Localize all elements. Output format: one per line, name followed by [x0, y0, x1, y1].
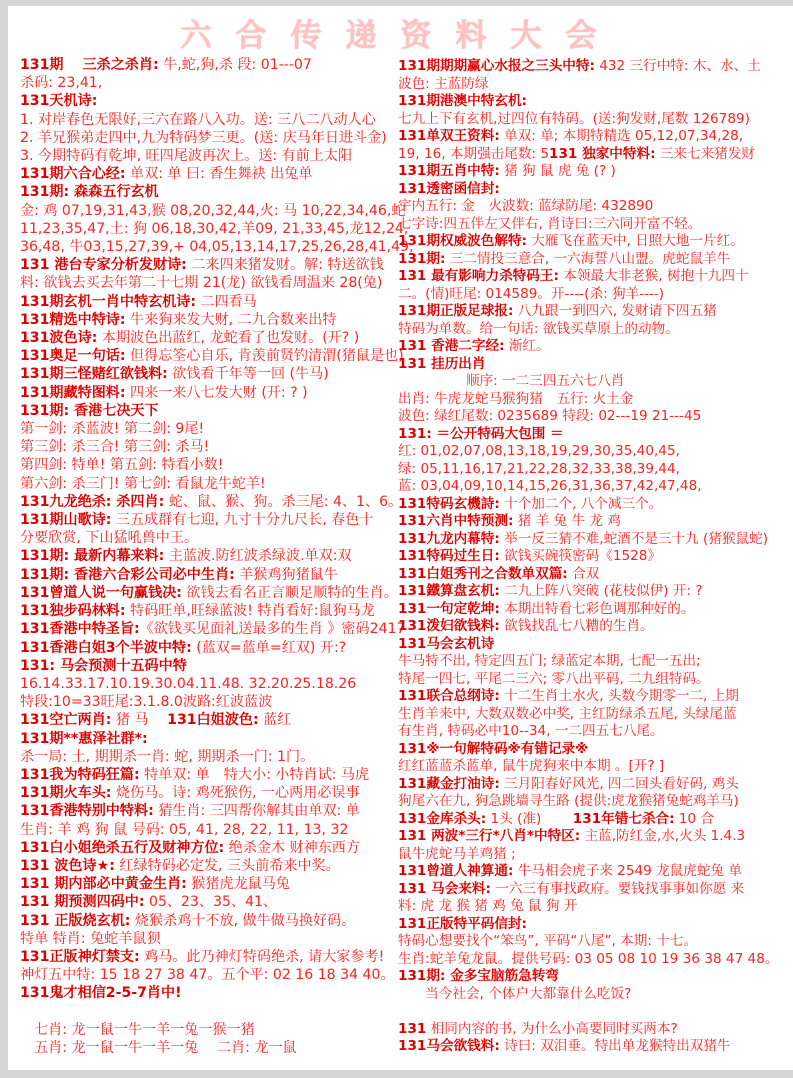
- entry-text: 生肖羊来中, 大数双数必中奖, 主红防绿杀五尾, 头绿尾蓝: [398, 706, 737, 722]
- entry-text: 蓝: 03,04,09,10,14,15,26,31,36,37,42,47,4…: [398, 478, 702, 494]
- text-line: 第四剑: 特单! 第五剑: 特看小数!: [20, 456, 396, 474]
- text-line: 杀码: 23,41,: [20, 74, 396, 92]
- text-line: 131期: 香港七决天下: [20, 402, 396, 420]
- entry-text: 本期出特看七彩色调那种好的。: [500, 601, 695, 617]
- entry-text: 猜生肖: 三四帮你解其由单双: 单: [154, 803, 360, 819]
- text-line: 131金库杀头: 1头 (准) 131年错七杀合: 10 合: [398, 811, 790, 829]
- entry-heading: 131期玄机一肖中特玄机诗:: [20, 294, 196, 310]
- entry-text: 欲钱看千年等一回 (牛马): [168, 366, 329, 382]
- text-line: 131藏金打油诗: 三月阳春好风光, 四二回头看好码, 鸡头: [398, 776, 790, 794]
- entry-text: 十二生肖土水火, 头数今期零一二, 上期: [500, 688, 739, 704]
- text-line: 131空亡两肖: 猪 马 131白姐波色: 蓝红: [20, 711, 396, 729]
- entry-heading: 131金库杀头:: [398, 811, 486, 827]
- entry-text: 蓝红: [259, 712, 292, 728]
- entry-text: 猪 羊 兔 牛 龙 鸡: [513, 513, 621, 529]
- text-line: 131期期期赢心水报之三头中特: 432 三行中特: 木、水、土: [398, 58, 790, 76]
- entry-text: 料: 欲钱去买去年第二十七期 21(龙) 欲钱看周温来 28(兔): [20, 275, 382, 291]
- text-line: 131: 马会预测十五码中特: [20, 657, 396, 675]
- entry-heading: 131期 三杀之杀肖:: [20, 57, 159, 73]
- text-line: 131 期预测四码中: 05、23、35、41、: [20, 893, 396, 911]
- text-line: 131正版神灯禁支: 鸡马。此乃神灯特码绝杀, 请大家参考!: [20, 948, 396, 966]
- entry-text: 鼠牛虎蛇马羊鸡猪 ;: [398, 846, 516, 862]
- entry-text: 烧猴杀鸡十不放, 做牛做马换好码。: [130, 913, 355, 929]
- text-line: 五肖: 龙一鼠一牛一羊一兔 二肖: 龙一鼠: [20, 1039, 396, 1057]
- text-line: 131香港特别中特料: 猜生肖: 三四帮你解其由单双: 单: [20, 802, 396, 820]
- text-line: 第三剑: 杀三合! 第三剑: 杀马!: [20, 438, 396, 456]
- entry-text: 金: 鸡 07,19,31,43,猴 08,20,32,44,火: 马 10,2…: [20, 203, 405, 219]
- entry-heading: 131 两波*三行*八肖*中特区:: [398, 828, 580, 844]
- entry-heading: 131我为特码狂篇:: [20, 767, 140, 783]
- entry-heading: 131 香港二字经:: [398, 338, 505, 354]
- entry-text: 单双: 单; 本期特精选 05,12,07,34,28,: [500, 128, 743, 144]
- text-line: 生肖: 羊 鸡 狗 鼠 号码: 05, 41, 28, 22, 11, 13, …: [20, 821, 396, 839]
- text-line: 131期: 金多宝脑筋急转弯: [398, 968, 790, 986]
- text-line: 131※一句解特码※有错记录※: [398, 741, 790, 759]
- text-line: 特尾一四七, 平尾二三六; 零八出平码, 二九组特码。: [398, 671, 790, 689]
- text-line: 当今社会, 个体户大都靠什么吃饭?: [398, 986, 790, 1004]
- entry-text: 顺序: 一二三四五六七八肖: [398, 373, 624, 389]
- text-line: 131期: 三二情投三意合, 一六海誓八山盟。虎蛇鼠羊牛: [398, 251, 790, 269]
- text-line: 131独步码林料: 特码旺单,旺绿蓝波! 特肖看好:鼠狗马龙: [20, 602, 396, 620]
- entry-text: 三二情投三意合, 一六海誓八山盟。虎蛇鼠羊牛: [445, 251, 730, 267]
- entry-text: 《欲钱买见面礼送最多的生肖 》密码2417: [140, 621, 406, 637]
- entry-text: 第四剑: 特单! 第五剑: 特看小数!: [20, 457, 223, 473]
- text-line: 七字诗:四五伴左又伴右, 肖诗曰:三六同开富不轻。: [398, 216, 790, 234]
- text-line: 19, 16, 本期强击尾数: 5131 独家中特料: 三来七来猪发财: [398, 146, 790, 164]
- entry-text: 10 合: [675, 811, 715, 827]
- text-line: 金: 鸡 07,19,31,43,猴 08,20,32,44,火: 马 10,2…: [20, 202, 396, 220]
- entry-text: 绝杀金木 财神东西方: [224, 840, 360, 856]
- entry-heading: 131空亡两肖:: [20, 712, 111, 728]
- entry-heading: 131白姐秀刊之合数单双篇:: [398, 566, 568, 582]
- entry-heading: 131鬼才相信2-5-7肖中!: [20, 985, 182, 1001]
- text-line: [20, 1003, 396, 1021]
- text-line: 131正版特平码信封:: [398, 916, 790, 934]
- entry-text: 特尾一四七, 平尾二三六; 零八出平码, 二九组特码。: [398, 671, 710, 687]
- entry-text: (蓝双=蓝单=红双) 开:?: [192, 640, 346, 656]
- entry-text: 合双: [568, 566, 600, 582]
- entry-text: 料: 虎 龙 猴 猪 鸡 兔 鼠 狗 开: [398, 898, 577, 914]
- entry-heading: 131特码玄機詩:: [398, 496, 500, 512]
- text-line: 二。(情)旺尾: 014589。开----(杀: 狗羊----): [398, 286, 790, 304]
- text-line: 狗尾六在九, 狗急跳墙寻生路 (提供:虎龙猴猪兔蛇鸡羊马): [398, 793, 790, 811]
- entry-text: 生肖: 羊 鸡 狗 鼠 号码: 05, 41, 28, 22, 11, 13, …: [20, 822, 348, 838]
- entry-text: 三五成群有七迎, 九寸十分九尺长, 春色十: [111, 512, 373, 528]
- entry-text: 牛,蛇,狗,杀 段: 01---07: [159, 57, 312, 73]
- entry-heading: 131九龙绝杀: 杀四肖:: [20, 494, 164, 510]
- text-line: 131我为特码狂篇: 特单双: 单 特大小: 小特肖试: 马虎: [20, 766, 396, 784]
- entry-text: 特码为单数。给一句话: 欲钱买草原上的动物。: [398, 321, 679, 337]
- text-line: 131联合总纲诗: 十二生肖土水火, 头数今期零一二, 上期: [398, 688, 790, 706]
- text-line: 1. 对岸春色无限好,三六在路八入功。送: 三八二八动人心: [20, 111, 396, 129]
- entry-heading: 131正版特平码信封:: [398, 916, 527, 932]
- text-line: 131泼妇欲钱料: 欲钱找乱七八糟的生肖。: [398, 618, 790, 636]
- text-line: 特段:10=33旺尾:3.1.8.0波路:红波蓝波: [20, 693, 396, 711]
- entry-text: 大雁飞在蓝天中, 日照大地一片红。: [527, 233, 744, 249]
- text-line: 36,48, 牛03,15,27,39,+ 04,05,13,14,17,25,…: [20, 238, 396, 256]
- text-line: 生肖:蛇羊兔龙鼠。提供号码: 03 05 08 10 19 36 38 47 4…: [398, 951, 790, 969]
- entry-text: 特单 特肖: 兔蛇羊鼠狈: [20, 931, 161, 947]
- text-line: 特码为单数。给一句话: 欲钱买草原上的动物。: [398, 321, 790, 339]
- text-line: 131曾道人神算通: 牛马相会虎子来 2549 龙鼠虎蛇兔 单: [398, 863, 790, 881]
- entry-heading: 131联合总纲诗:: [398, 688, 500, 704]
- entry-text: 鸡马。此乃神灯特码绝杀, 请大家参考!: [140, 949, 385, 965]
- text-line: 绿: 05,11,16,17,21,22,28,32,33,38,39,44,: [398, 461, 790, 479]
- entry-text: 第一剑: 杀蓝波! 第二剑: 9尾!: [20, 421, 204, 437]
- entry-text: 1头 (准): [486, 811, 573, 827]
- text-line: 131九龙内幕特: 举一反三猜不难,蛇酒不是三十九 (猪猴鼠蛇): [398, 531, 790, 549]
- text-line: 131九龙绝杀: 杀四肖: 蛇、鼠、猴、狗。杀三尾: 4、1、6。: [20, 493, 396, 511]
- entry-heading: 131白姐波色:: [167, 712, 258, 728]
- entry-text: 红红蓝蓝杀蓝单, 鼠牛虎狗来中本期 。[开? ]: [398, 758, 664, 774]
- text-line: 131期: 森森五行玄机: [20, 183, 396, 201]
- text-line: 131期火车头: 烧伤马。诗: 鸡死猴伤, 一心两用必误事: [20, 784, 396, 802]
- entry-text: 二来四来猪发财。解: 特送欲钱: [187, 257, 384, 273]
- text-line: 131天机诗:: [20, 92, 396, 110]
- entry-text: 主蓝,防红金,水,火头 1.4.3: [580, 828, 745, 844]
- entry-text: 但得忘筌心自乐, 肯羡前贤钓清渭(猪鼠是也): [126, 348, 404, 364]
- entry-text: 四来一来八七发大财 (开: ? ): [126, 385, 308, 401]
- entry-text: 单双: 单 曰: 香生舞袂 出兔单: [126, 166, 313, 182]
- entry-heading: 131期: 香港七决天下: [20, 403, 159, 419]
- entry-text: 生肖:蛇羊兔龙鼠。提供号码: 03 05 08 10 19 36 38 47 4…: [398, 951, 778, 967]
- entry-text: 绿: 05,11,16,17,21,22,28,32,33,38,39,44,: [398, 461, 680, 477]
- paper-sheet: 六合传递资料大会 131期 三杀之杀肖: 牛,蛇,狗,杀 段: 01---07杀…: [8, 6, 793, 1070]
- entry-heading: 131期**惠泽社群*:: [20, 731, 148, 747]
- entry-text: 第三剑: 杀三合! 第三剑: 杀马!: [20, 439, 209, 455]
- entry-text: 狗尾六在九, 狗急跳墙寻生路 (提供:虎龙猴猪兔蛇鸡羊马): [398, 793, 739, 809]
- text-line: 131 期内部必中黄金生肖: 猴猪虎龙鼠马兔: [20, 875, 396, 893]
- entry-heading: 131九龙内幕特:: [398, 531, 500, 547]
- text-line: 131期港澳中特玄机:: [398, 93, 790, 111]
- entry-text: 432 三行中特: 木、水、土: [595, 58, 761, 74]
- entry-text: 特码心想要找个“笨鸟”, 平码“八尾”, 本期: 十七。: [398, 933, 697, 949]
- entry-text: 七九上下有玄机,过四位有特码。(送:狗发财,尾数 126789): [398, 111, 750, 127]
- entry-text: 猪 狗 鼠 虎 兔 (? ): [500, 163, 616, 179]
- entry-text: 第六剑: 杀三门! 第七剑: 看鼠龙牛蛇羊!: [20, 476, 266, 492]
- entry-text: 分要欣赏, 下山猛吼兽中王。: [20, 530, 198, 546]
- text-line: 131白小姐绝杀五行及财神方位: 绝杀金木 财神东西方: [20, 839, 396, 857]
- lottery-tip-sheet: { "title": "六合传递资料大会", "issue": "131期", …: [0, 0, 793, 1078]
- text-line: 2. 羊兄猴弟走四中,九为特码梦三更。(送: 庆马年日进斗金): [20, 129, 396, 147]
- entry-heading: 131泼妇欲钱料:: [398, 618, 500, 634]
- entry-heading: 131期: 香港六合彩公司必中生肖:: [20, 567, 235, 583]
- entry-text: 本期波色出蓝红, 龙蛇看了也发财。(开? ): [97, 330, 359, 346]
- entry-text: 波色: 绿红尾数: 0235689 特段: 02---19 21---45: [398, 408, 701, 424]
- text-line: 131单双王资料: 单双: 单; 本期特精选 05,12,07,34,28,: [398, 128, 790, 146]
- entry-text: 16.14.33.17.10.19.30.04.11.48. 32.20.25.…: [20, 676, 356, 692]
- text-line: 131期**惠泽社群*:: [20, 730, 396, 748]
- text-line: 131特码玄機詩: 十个加二个, 八个减三个。: [398, 496, 790, 514]
- text-line: 第一剑: 杀蓝波! 第二剑: 9尾!: [20, 420, 396, 438]
- entry-text: 猴猪虎龙鼠马兔: [187, 876, 290, 892]
- entry-heading: 131期三怪赌红欲钱料:: [20, 366, 168, 382]
- text-line: [398, 1003, 790, 1021]
- entry-heading: 131: ＝公开特码大包围 ＝: [398, 426, 564, 442]
- entry-heading: 131六肖中特预测:: [398, 513, 513, 529]
- text-line: 131特码过生日: 欲钱买碗筷密码《1528》: [398, 548, 790, 566]
- text-line: 131 相同内容的书, 为什么小高要同时买两本?: [398, 1021, 790, 1039]
- entry-heading: 131 最有影响力杀特码王:: [398, 268, 559, 284]
- entry-text: 1. 对岸春色无限好,三六在路八入功。送: 三八二八动人心: [20, 112, 376, 128]
- text-line: 131期三怪赌红欲钱料: 欲钱看千年等一回 (牛马): [20, 365, 396, 383]
- text-line: 牛马特不出, 特定四五门; 绿蓝定本期, 七配一五出;: [398, 653, 790, 671]
- text-line: 131 最有影响力杀特码王: 本领最大非老猴, 树抱十九四十: [398, 268, 790, 286]
- text-line: 131 马会来料: 一六三有事找政府。要钱找事事如你愿 来: [398, 881, 790, 899]
- entry-text: 七字诗:四五伴左又伴右, 肖诗曰:三六同开富不轻。: [398, 216, 701, 232]
- text-line: 131期五肖中特: 猪 狗 鼠 虎 兔 (? ): [398, 163, 790, 181]
- entry-text: 一六三有事找政府。要钱找事事如你愿 来: [491, 881, 744, 897]
- text-line: 第六剑: 杀三门! 第七剑: 看鼠龙牛蛇羊!: [20, 475, 396, 493]
- text-line: 131波色诗: 本期波色出蓝红, 龙蛇看了也发财。(开? ): [20, 329, 396, 347]
- entry-heading: 131期期期赢心水报之三头中特:: [398, 58, 595, 74]
- text-line: 131曾道人说一句赢钱决: 欲钱去看名正言顺足顺特的生肖。: [20, 584, 396, 602]
- entry-heading: 131 独家中特料:: [549, 146, 656, 162]
- entry-heading: 131期藏特图料:: [20, 385, 126, 401]
- entry-heading: 131藏金打油诗:: [398, 776, 500, 792]
- text-line: 131期山歌诗: 三五成群有七迎, 九寸十分九尺长, 春色十: [20, 511, 396, 529]
- text-line: 131香港白姐3个半波中特: (蓝双=蓝单=红双) 开:?: [20, 639, 396, 657]
- entry-heading: 131独步码林料:: [20, 603, 126, 619]
- entry-text: 杀码: 23,41,: [20, 75, 102, 91]
- entry-text: 羊猴鸡狗猪鼠牛: [235, 567, 338, 583]
- text-line: 131精选中特诗: 牛来狗来发大财, 二九合数来出特: [20, 311, 396, 329]
- entry-heading: 131香港白姐3个半波中特:: [20, 640, 192, 656]
- text-line: 红红蓝蓝杀蓝单, 鼠牛虎狗来中本期 。[开? ]: [398, 758, 790, 776]
- entry-text: 七肖: 龙一鼠一牛一羊一兔一猴一猪: [20, 1022, 255, 1038]
- text-line: 131期: 最新内幕来料: 主蓝波.防红波杀绿波.单双:双: [20, 547, 396, 565]
- text-line: 特单 特肖: 兔蛇羊鼠狈: [20, 930, 396, 948]
- entry-text: 2. 羊兄猴弟走四中,九为特码梦三更。(送: 庆马年日进斗金): [20, 130, 387, 146]
- entry-text: 五肖: 龙一鼠一牛一羊一兔 二肖: 龙一鼠: [20, 1040, 297, 1056]
- text-line: 料: 欲钱去买去年第二十七期 21(龙) 欲钱看周温来 28(兔): [20, 274, 396, 292]
- text-line: 鼠牛虎蛇马羊鸡猪 ;: [398, 846, 790, 864]
- text-line: 红: 01,02,07,08,13,18,19,29,30,35,40,45,: [398, 443, 790, 461]
- entry-text: 特码旺单,旺绿蓝波! 特肖看好:鼠狗马龙: [126, 603, 375, 619]
- entry-heading: 131单双王资料:: [398, 128, 500, 144]
- text-line: 131六肖中特预测: 猪 羊 兔 牛 龙 鸡: [398, 513, 790, 531]
- entry-text: 神灯五中特: 15 18 27 38 47。五个平: 02 16 18 34 4…: [20, 967, 395, 983]
- entry-heading: 131马会玄机诗: [398, 636, 494, 652]
- entry-heading: 131鐵算盘玄机:: [398, 583, 500, 599]
- text-line: 131期玄机一肖中特玄机诗: 二四看马: [20, 293, 396, 311]
- text-line: 七九上下有玄机,过四位有特码。(送:狗发财,尾数 126789): [398, 111, 790, 129]
- entry-heading: 131期火车头:: [20, 785, 111, 801]
- entry-text: 3. 今期特码有乾坤, 旺四尾波再次上。送: 有前上太阳: [20, 148, 352, 164]
- entry-heading: 131 期内部必中黄金生肖:: [20, 876, 187, 892]
- text-line: 生肖羊来中, 大数双数必中奖, 主红防绿杀五尾, 头绿尾蓝: [398, 706, 790, 724]
- text-line: 出肖: 牛虎龙蛇马猴狗猪 五行: 火土金: [398, 391, 790, 409]
- text-line: 131 挂历出肖: [398, 356, 790, 374]
- entry-heading: 131马会欲钱料:: [398, 1038, 500, 1054]
- text-line: 特码心想要找个“笨鸟”, 平码“八尾”, 本期: 十七。: [398, 933, 790, 951]
- text-line: 顺序: 一二三四五六七八肖: [398, 373, 790, 391]
- text-line: 11,23,35,47,土: 狗 06,18,30,42,羊09, 21,33,…: [20, 220, 396, 238]
- entry-text: 八九跟一到四六, 发财请下四五猪: [513, 303, 716, 319]
- entry-text: 05、23、35、41、: [145, 894, 278, 910]
- text-line: 131期六合心经: 单双: 单 曰: 香生舞袂 出兔单: [20, 165, 396, 183]
- entry-text: 11,23,35,47,土: 狗 06,18,30,42,羊09, 21,33,…: [20, 221, 408, 237]
- text-line: 131 正版烧玄机: 烧猴杀鸡十不放, 做牛做马换好码。: [20, 912, 396, 930]
- text-line: 131 两波*三行*八肖*中特区: 主蓝,防红金,水,火头 1.4.3: [398, 828, 790, 846]
- entry-text: 欲钱买碗筷密码《1528》: [500, 548, 661, 564]
- entry-text: 特段:10=33旺尾:3.1.8.0波路:红波蓝波: [20, 694, 272, 710]
- text-line: 131香港中特圣旨:《欲钱买见面礼送最多的生肖 》密码2417: [20, 620, 396, 638]
- entry-text: 猪 马: [111, 712, 167, 728]
- entry-text: 二九上阵八突破 (花枝似伊) 开: ?: [500, 583, 703, 599]
- entry-heading: 131期山歌诗:: [20, 512, 111, 528]
- entry-text: 本领最大非老猴, 树抱十九四十: [559, 268, 749, 284]
- entry-text: 红: 01,02,07,08,13,18,19,29,30,35,40,45,: [398, 443, 680, 459]
- entry-heading: 131期六合心经:: [20, 166, 126, 182]
- entry-heading: 131正版神灯禁支:: [20, 949, 140, 965]
- entry-heading: 131曾道人神算通:: [398, 863, 513, 879]
- text-line: 料: 虎 龙 猴 猪 鸡 兔 鼠 狗 开: [398, 898, 790, 916]
- entry-heading: 131 港台专家分析发财诗:: [20, 257, 187, 273]
- entry-heading: 131 正版烧玄机:: [20, 913, 130, 929]
- entry-heading: 131透密函信封:: [398, 181, 500, 197]
- text-line: 131马会欲钱料: 诗曰: 双泪垂。特出单龙猴特出双猪牛: [398, 1038, 790, 1056]
- text-line: 131鐵算盘玄机: 二九上阵八突破 (花枝似伊) 开: ?: [398, 583, 790, 601]
- entry-text: 欲钱找乱七八糟的生肖。: [500, 618, 654, 634]
- entry-text: 二。(情)旺尾: 014589。开----(杀: 狗羊----): [398, 286, 664, 302]
- entry-text: 牛马特不出, 特定四五门; 绿蓝定本期, 七配一五出;: [398, 653, 701, 669]
- entry-text: 当今社会, 个体户大都靠什么吃饭?: [398, 986, 631, 1002]
- text-line: 131 波色诗★: 红绿特码必定发, 三头前希来中奖。: [20, 857, 396, 875]
- entry-text: 杀一局: 土, 期期杀一肖: 蛇, 期期杀一门: 1门。: [20, 749, 314, 765]
- entry-text: 举一反三猜不难,蛇酒不是三十九 (猪猴鼠蛇): [500, 531, 768, 547]
- text-line: 131奥足一句话: 但得忘筌心自乐, 肯羡前贤钓清渭(猪鼠是也): [20, 347, 396, 365]
- text-line: 131白姐秀刊之合数单双篇: 合双: [398, 566, 790, 584]
- entry-text: 红绿特码必定发, 三头前希来中奖。: [115, 858, 340, 874]
- text-line: 波色: 绿红尾数: 0235689 特段: 02---19 21---45: [398, 408, 790, 426]
- entry-heading: 131曾道人说一句赢钱决:: [20, 585, 182, 601]
- text-line: 131期 三杀之杀肖: 牛,蛇,狗,杀 段: 01---07: [20, 56, 396, 74]
- entry-text: 诗曰: 双泪垂。特出单龙猴特出双猪牛: [500, 1038, 731, 1054]
- text-line: 131 香港二字经: 渐红。: [398, 338, 790, 356]
- entry-text: 三来七来猪发财: [656, 146, 755, 162]
- entry-heading: 131香港特别中特料:: [20, 803, 154, 819]
- entry-heading: 131期: 金多宝脑筋急转弯: [398, 968, 559, 984]
- entry-heading: 131天机诗:: [20, 93, 97, 109]
- entry-text: 出肖: 牛虎龙蛇马猴狗猪 五行: 火土金: [398, 391, 633, 407]
- entry-heading: 131波色诗:: [20, 330, 97, 346]
- text-line: 131马会玄机诗: [398, 636, 790, 654]
- text-line: 有生肖, 特码必中10--34, 一二四五七八尾。: [398, 723, 790, 741]
- text-line: 131 港台专家分析发财诗: 二来四来猪发财。解: 特送欲钱: [20, 256, 396, 274]
- entry-text: 蛇、鼠、猴、狗。杀三尾: 4、1、6。: [164, 494, 402, 510]
- entry-heading: 131※一句解特码※有错记录※: [398, 741, 588, 757]
- entry-text: 渐红。: [505, 338, 550, 354]
- entry-text: 相同内容的书, 为什么小高要同时买两本?: [426, 1021, 677, 1037]
- text-line: 七肖: 龙一鼠一牛一羊一兔一猴一猪: [20, 1021, 396, 1039]
- entry-text: 36,48, 牛03,15,27,39,+ 04,05,13,14,17,25,…: [20, 239, 413, 255]
- entry-heading: 131 挂历出肖: [398, 356, 485, 372]
- entry-heading: 131: [398, 1021, 426, 1037]
- text-line: 131期权威波色解特: 大雁飞在蓝天中, 日照大地一片红。: [398, 233, 790, 251]
- entry-heading: 131: 马会预测十五码中特: [20, 658, 187, 674]
- text-line: 131期正版足球报: 八九跟一到四六, 发财请下四五猪: [398, 303, 790, 321]
- text-line: 波色: 主蓝防绿: [398, 76, 790, 94]
- entry-heading: 131白小姐绝杀五行及财神方位:: [20, 840, 224, 856]
- entry-text: 二四看马: [196, 294, 257, 310]
- entry-heading: 131奥足一句话:: [20, 348, 126, 364]
- text-line: 131: ＝公开特码大包围 ＝: [398, 426, 790, 444]
- text-line: 131透密函信封:: [398, 181, 790, 199]
- entry-heading: 131期: 森森五行玄机: [20, 184, 159, 200]
- entry-text: 牛马相会虎子来 2549 龙鼠虎蛇兔 单: [513, 863, 742, 879]
- right-column: 131期期期赢心水报之三头中特: 432 三行中特: 木、水、土波色: 主蓝防绿…: [398, 58, 790, 1056]
- entry-heading: 131年错七杀合:: [573, 811, 675, 827]
- entry-text: 特单双: 单 特大小: 小特肖试: 马虎: [140, 767, 369, 783]
- entry-text: 宇内五行: 金 火波数: 蓝绿防尾: 432890: [398, 198, 653, 214]
- entry-heading: 131精选中特诗:: [20, 312, 126, 328]
- entry-heading: 131 马会来料:: [398, 881, 491, 897]
- text-line: 131期藏特图料: 四来一来八七发大财 (开: ? ): [20, 384, 396, 402]
- text-line: 蓝: 03,04,09,10,14,15,26,31,36,37,42,47,4…: [398, 478, 790, 496]
- entry-heading: 131期正版足球报:: [398, 303, 513, 319]
- entry-heading: 131特码过生日:: [398, 548, 500, 564]
- entry-heading: 131期权威波色解特:: [398, 233, 527, 249]
- text-line: 131期: 香港六合彩公司必中生肖: 羊猴鸡狗猪鼠牛: [20, 566, 396, 584]
- text-line: 3. 今期特码有乾坤, 旺四尾波再次上。送: 有前上太阳: [20, 147, 396, 165]
- entry-text: 十个加二个, 八个减三个。: [500, 496, 663, 512]
- entry-text: 波色: 主蓝防绿: [398, 76, 488, 92]
- entry-text: 三月阳春好风光, 四二回头看好码, 鸡头: [500, 776, 739, 792]
- entry-text: 欲钱去看名正言顺足顺特的生肖。: [182, 585, 398, 601]
- text-line: 分要欣赏, 下山猛吼兽中王。: [20, 529, 396, 547]
- left-column: 131期 三杀之杀肖: 牛,蛇,狗,杀 段: 01---07杀码: 23,41,…: [20, 56, 396, 1057]
- entry-heading: 131期:: [398, 251, 445, 267]
- text-line: 131鬼才相信2-5-7肖中!: [20, 984, 396, 1002]
- text-line: 杀一局: 土, 期期杀一肖: 蛇, 期期杀一门: 1门。: [20, 748, 396, 766]
- entry-heading: 131 期预测四码中:: [20, 894, 145, 910]
- entry-heading: 131期: 最新内幕来料:: [20, 548, 164, 564]
- entry-heading: 131一句定乾坤:: [398, 601, 500, 617]
- entry-text: 主蓝波.防红波杀绿波.单双:双: [164, 548, 351, 564]
- page-title: 六合传递资料大会: [8, 10, 793, 55]
- text-line: 宇内五行: 金 火波数: 蓝绿防尾: 432890: [398, 198, 790, 216]
- entry-heading: 131期五肖中特:: [398, 163, 500, 179]
- entry-heading: 131期港澳中特玄机:: [398, 93, 527, 109]
- entry-text: 牛来狗来发大财, 二九合数来出特: [126, 312, 337, 328]
- text-line: 16.14.33.17.10.19.30.04.11.48. 32.20.25.…: [20, 675, 396, 693]
- text-line: 131一句定乾坤: 本期出特看七彩色调那种好的。: [398, 601, 790, 619]
- entry-text: 19, 16, 本期强击尾数: 5: [398, 146, 549, 162]
- entry-heading: 131香港中特圣旨:: [20, 621, 140, 637]
- entry-text: 有生肖, 特码必中10--34, 一二四五七八尾。: [398, 723, 664, 739]
- entry-text: 烧伤马。诗: 鸡死猴伤, 一心两用必误事: [111, 785, 359, 801]
- text-line: 神灯五中特: 15 18 27 38 47。五个平: 02 16 18 34 4…: [20, 966, 396, 984]
- entry-heading: 131 波色诗★:: [20, 858, 115, 874]
